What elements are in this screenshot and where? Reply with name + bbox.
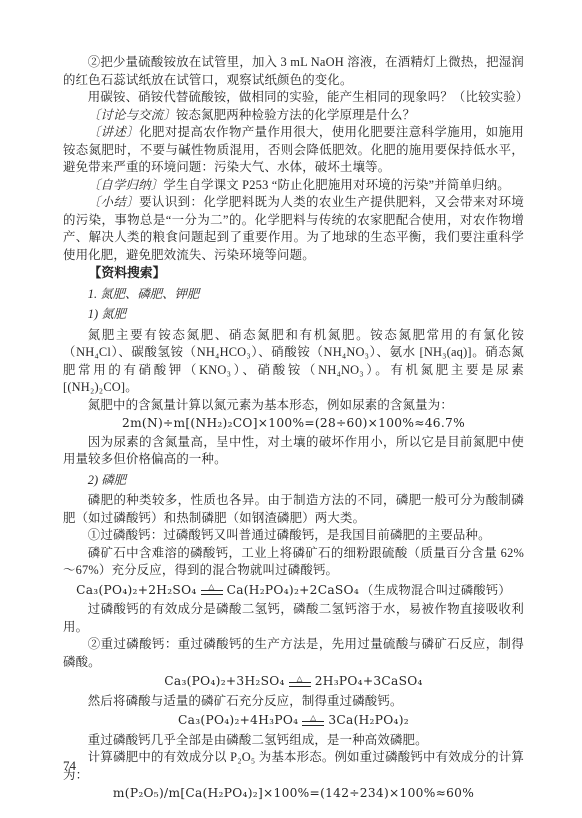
equation-lhs: Ca₃(PO₄)₂+3H₂SO₄ (164, 673, 284, 691)
heat-condition-symbol: △ (201, 583, 223, 595)
paragraph-experiment-step2: ②把少量硫酸铵放在试管里，加入 3 mL NaOH 溶液，在酒精灯上微热，把湿润… (63, 54, 524, 89)
paragraph-discussion: 〔讨论与交流〕铵态氮肥两种检验方法的化学原理是什么？ (63, 107, 524, 125)
document-page: ②把少量硫酸铵放在试管里，加入 3 mL NaOH 溶液，在酒精灯上微热，把湿润… (63, 54, 524, 804)
subheading-phosphate-fertilizer: 2) 磷肥 (63, 472, 524, 490)
equation-note: （生成物混合叫过磷酸钙） (361, 582, 511, 600)
paragraph-phosphate-kinds: 磷肥的种类较多，性质也各异。由于制造方法的不同，磷肥一般可分为酸制磷肥（如过磷酸… (63, 492, 524, 527)
paragraph-text: 学生自学课文 P253 “防止化肥施用对环境的污染”并简单归纳。 (163, 178, 509, 192)
formula-p2o5-content: m(P₂O₅)/m[Ca(H₂PO₄)₂]×100%=(142÷234)×100… (63, 785, 524, 803)
paragraph-superphosphate-component: 过磷酸钙的有效成分是磷酸二氢钙，磷酸二氢钙溶于水，易被作物直接吸收利用。 (63, 601, 524, 636)
equation-rhs: Ca(H₂PO₄)₂+2CaSO₄ (227, 582, 359, 600)
equals-bar (201, 590, 223, 595)
paragraph-nitrogen-content-intro: 氮肥中的含氮量计算以氮元素为基本形态，例如尿素的含氮量为： (63, 397, 524, 415)
chemical-equation-phosphoric-acid: Ca₃(PO₄)₂+3H₂SO₄ △ 2H₃PO₄+3CaSO₄ (63, 673, 524, 691)
paragraph-triple-superphosphate: ②重过磷酸钙：重过磷酸钙的生产方法是，先用过量硫酸与磷矿石反应，制得磷酸。 (63, 636, 524, 671)
bracket-label-discussion: 〔讨论与交流〕 (88, 108, 176, 122)
heat-triangle-icon: △ (209, 583, 215, 590)
heat-condition-symbol: △ (302, 714, 324, 726)
paragraph-triple-superphosphate-composition: 重过磷酸钙几乎全部是由磷酸二氢钙组成，是一种高效磷肥。 (63, 732, 524, 750)
bracket-label-summary: 〔小结〕 (88, 195, 139, 209)
paragraph-nitrogen-kinds: 氮肥主要有铵态氮肥、硝态氮肥和有机氮肥。铵态氮肥常用的有氯化铵（NH₄Cl）、碳… (63, 327, 524, 397)
chemical-equation-triple-superphosphate: Ca₃(PO₄)₂+4H₃PO₄ △ 3Ca(H₂PO₄)₂ (63, 712, 524, 730)
page-number: 74 (63, 758, 76, 774)
bracket-label-self-study: 〔自学归纳〕 (88, 178, 164, 192)
equation-lhs: Ca₃(PO₄)₂+2H₂SO₄ (76, 582, 196, 600)
paragraph-lecture: 〔讲述〕化肥对提高农作物产量作用很大，使用化肥要注意科学施用，如施用铵态氮肥时，… (63, 124, 524, 177)
chemical-equation-superphosphate: Ca₃(PO₄)₂+2H₂SO₄ △ Ca(H₂PO₄)₂+2CaSO₄ （生成… (63, 582, 524, 600)
paragraph-self-study: 〔自学归纳〕学生自学课文 P253 “防止化肥施用对环境的污染”并简单归纳。 (63, 177, 524, 195)
formula-urea-nitrogen-content: 2m(N)÷m[(NH₂)₂CO]×100%=(28÷60)×100%≈46.7… (63, 415, 524, 433)
paragraph-superphosphate: ①过磷酸钙：过磷酸钙又叫普通过磷酸钙，是我国目前磷肥的主要品种。 (63, 527, 524, 545)
equation-rhs: 3Ca(H₂PO₄)₂ (328, 712, 409, 730)
equals-bar (302, 721, 324, 726)
paragraph-p2o5-calculation-intro: 计算磷肥中的有效成分以 P₂O₅ 为基本形态。例如重过磷酸钙中有效成分的计算为： (63, 749, 524, 784)
paragraph-phosphate-rock: 磷矿石中含难溶的磷酸钙，工业上将磷矿石的细粉跟硫酸（质量百分含量 62%～67%… (63, 545, 524, 580)
paragraph-react-with-rock: 然后将磷酸与适量的磷矿石充分反应，制得重过磷酸钙。 (63, 693, 524, 711)
bracket-label-lecture: 〔讲述〕 (88, 125, 139, 139)
paragraph-text: 铵态氮肥两种检验方法的化学原理是什么？ (176, 108, 415, 122)
heat-condition-symbol: △ (289, 675, 311, 687)
equals-bar (289, 682, 311, 687)
heat-triangle-icon: △ (310, 714, 316, 721)
heat-triangle-icon: △ (297, 675, 303, 682)
paragraph-summary: 〔小结〕要认识到：化学肥料既为人类的农业生产提供肥料，又会带来对环境的污染，事物… (63, 194, 524, 264)
heading-fertilizer-types: 1. 氮肥、磷肥、钾肥 (63, 286, 524, 304)
equation-rhs: 2H₃PO₄+3CaSO₄ (315, 673, 423, 691)
paragraph-urea-properties: 因为尿素的含氮量高，呈中性，对土壤的破坏作用小，所以它是目前氮肥中使用量较多但价… (63, 434, 524, 469)
equation-lhs: Ca₃(PO₄)₂+4H₃PO₄ (178, 712, 298, 730)
paragraph-compare-experiment: 用碳铵、硝铵代替硫酸铵，做相同的实验，能产生相同的现象吗？（比较实验） (63, 89, 524, 107)
subheading-nitrogen-fertilizer: 1) 氮肥 (63, 306, 524, 324)
section-heading-data-search: 【资料搜索】 (63, 265, 524, 283)
